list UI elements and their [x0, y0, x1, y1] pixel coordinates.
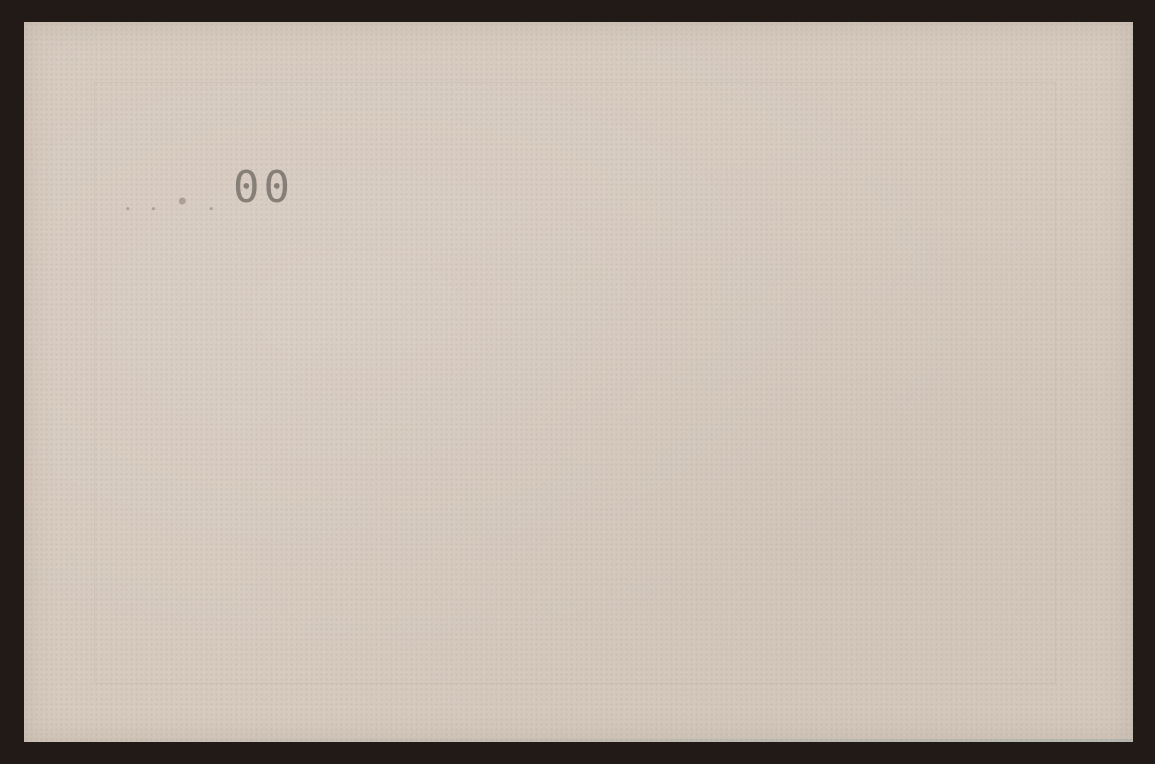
serial-number-impression: 00 — [229, 162, 290, 213]
banknote-reverse: ..•. 00 — [24, 22, 1133, 742]
serial-prefix-impression: ..•. — [124, 188, 233, 216]
paper-edge — [24, 739, 1133, 742]
